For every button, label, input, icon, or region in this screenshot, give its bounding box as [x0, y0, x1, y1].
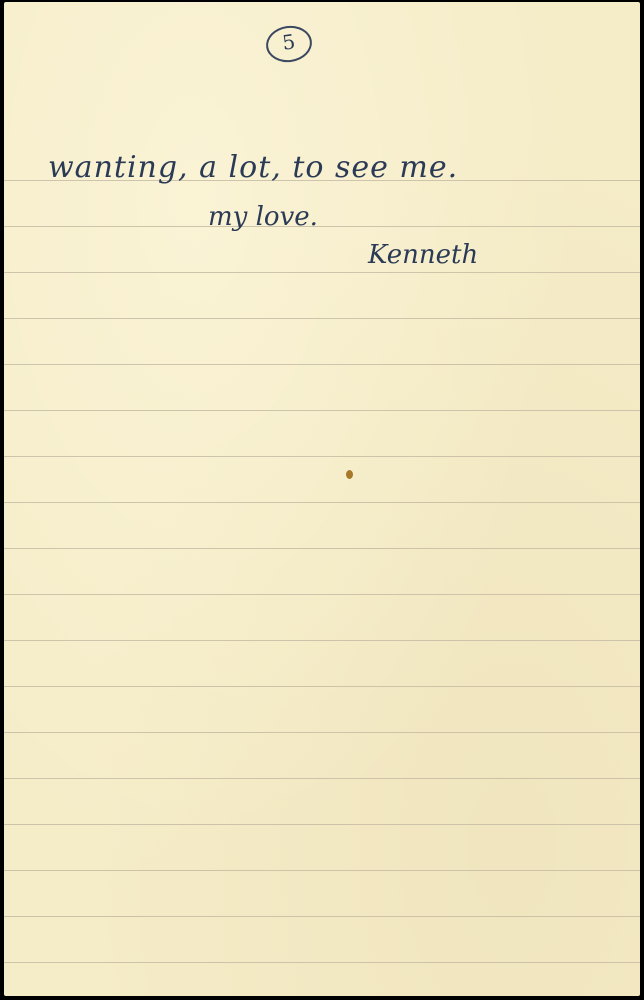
ruled-line	[4, 318, 640, 319]
page-number: 5	[266, 27, 311, 57]
page-number-circle: 5	[264, 23, 315, 65]
ruled-line	[4, 962, 640, 963]
ruled-line	[4, 272, 640, 273]
ruled-line	[4, 226, 640, 227]
letter-page: 5 wanting, a lot, to see me. my love. Ke…	[4, 2, 640, 996]
signature: Kenneth	[368, 240, 478, 270]
ruled-line	[4, 640, 640, 641]
ruled-line	[4, 686, 640, 687]
handwritten-line-1: wanting, a lot, to see me.	[48, 150, 458, 185]
ruled-line	[4, 824, 640, 825]
handwritten-line-2: my love.	[208, 202, 318, 232]
ruled-line	[4, 364, 640, 365]
ruled-line	[4, 732, 640, 733]
ruled-line	[4, 916, 640, 917]
ink-spot	[346, 470, 353, 479]
ruled-line	[4, 778, 640, 779]
ruled-line	[4, 456, 640, 457]
ruled-line	[4, 502, 640, 503]
ruled-line	[4, 870, 640, 871]
ruled-line	[4, 410, 640, 411]
ruled-line	[4, 594, 640, 595]
ruled-line	[4, 548, 640, 549]
